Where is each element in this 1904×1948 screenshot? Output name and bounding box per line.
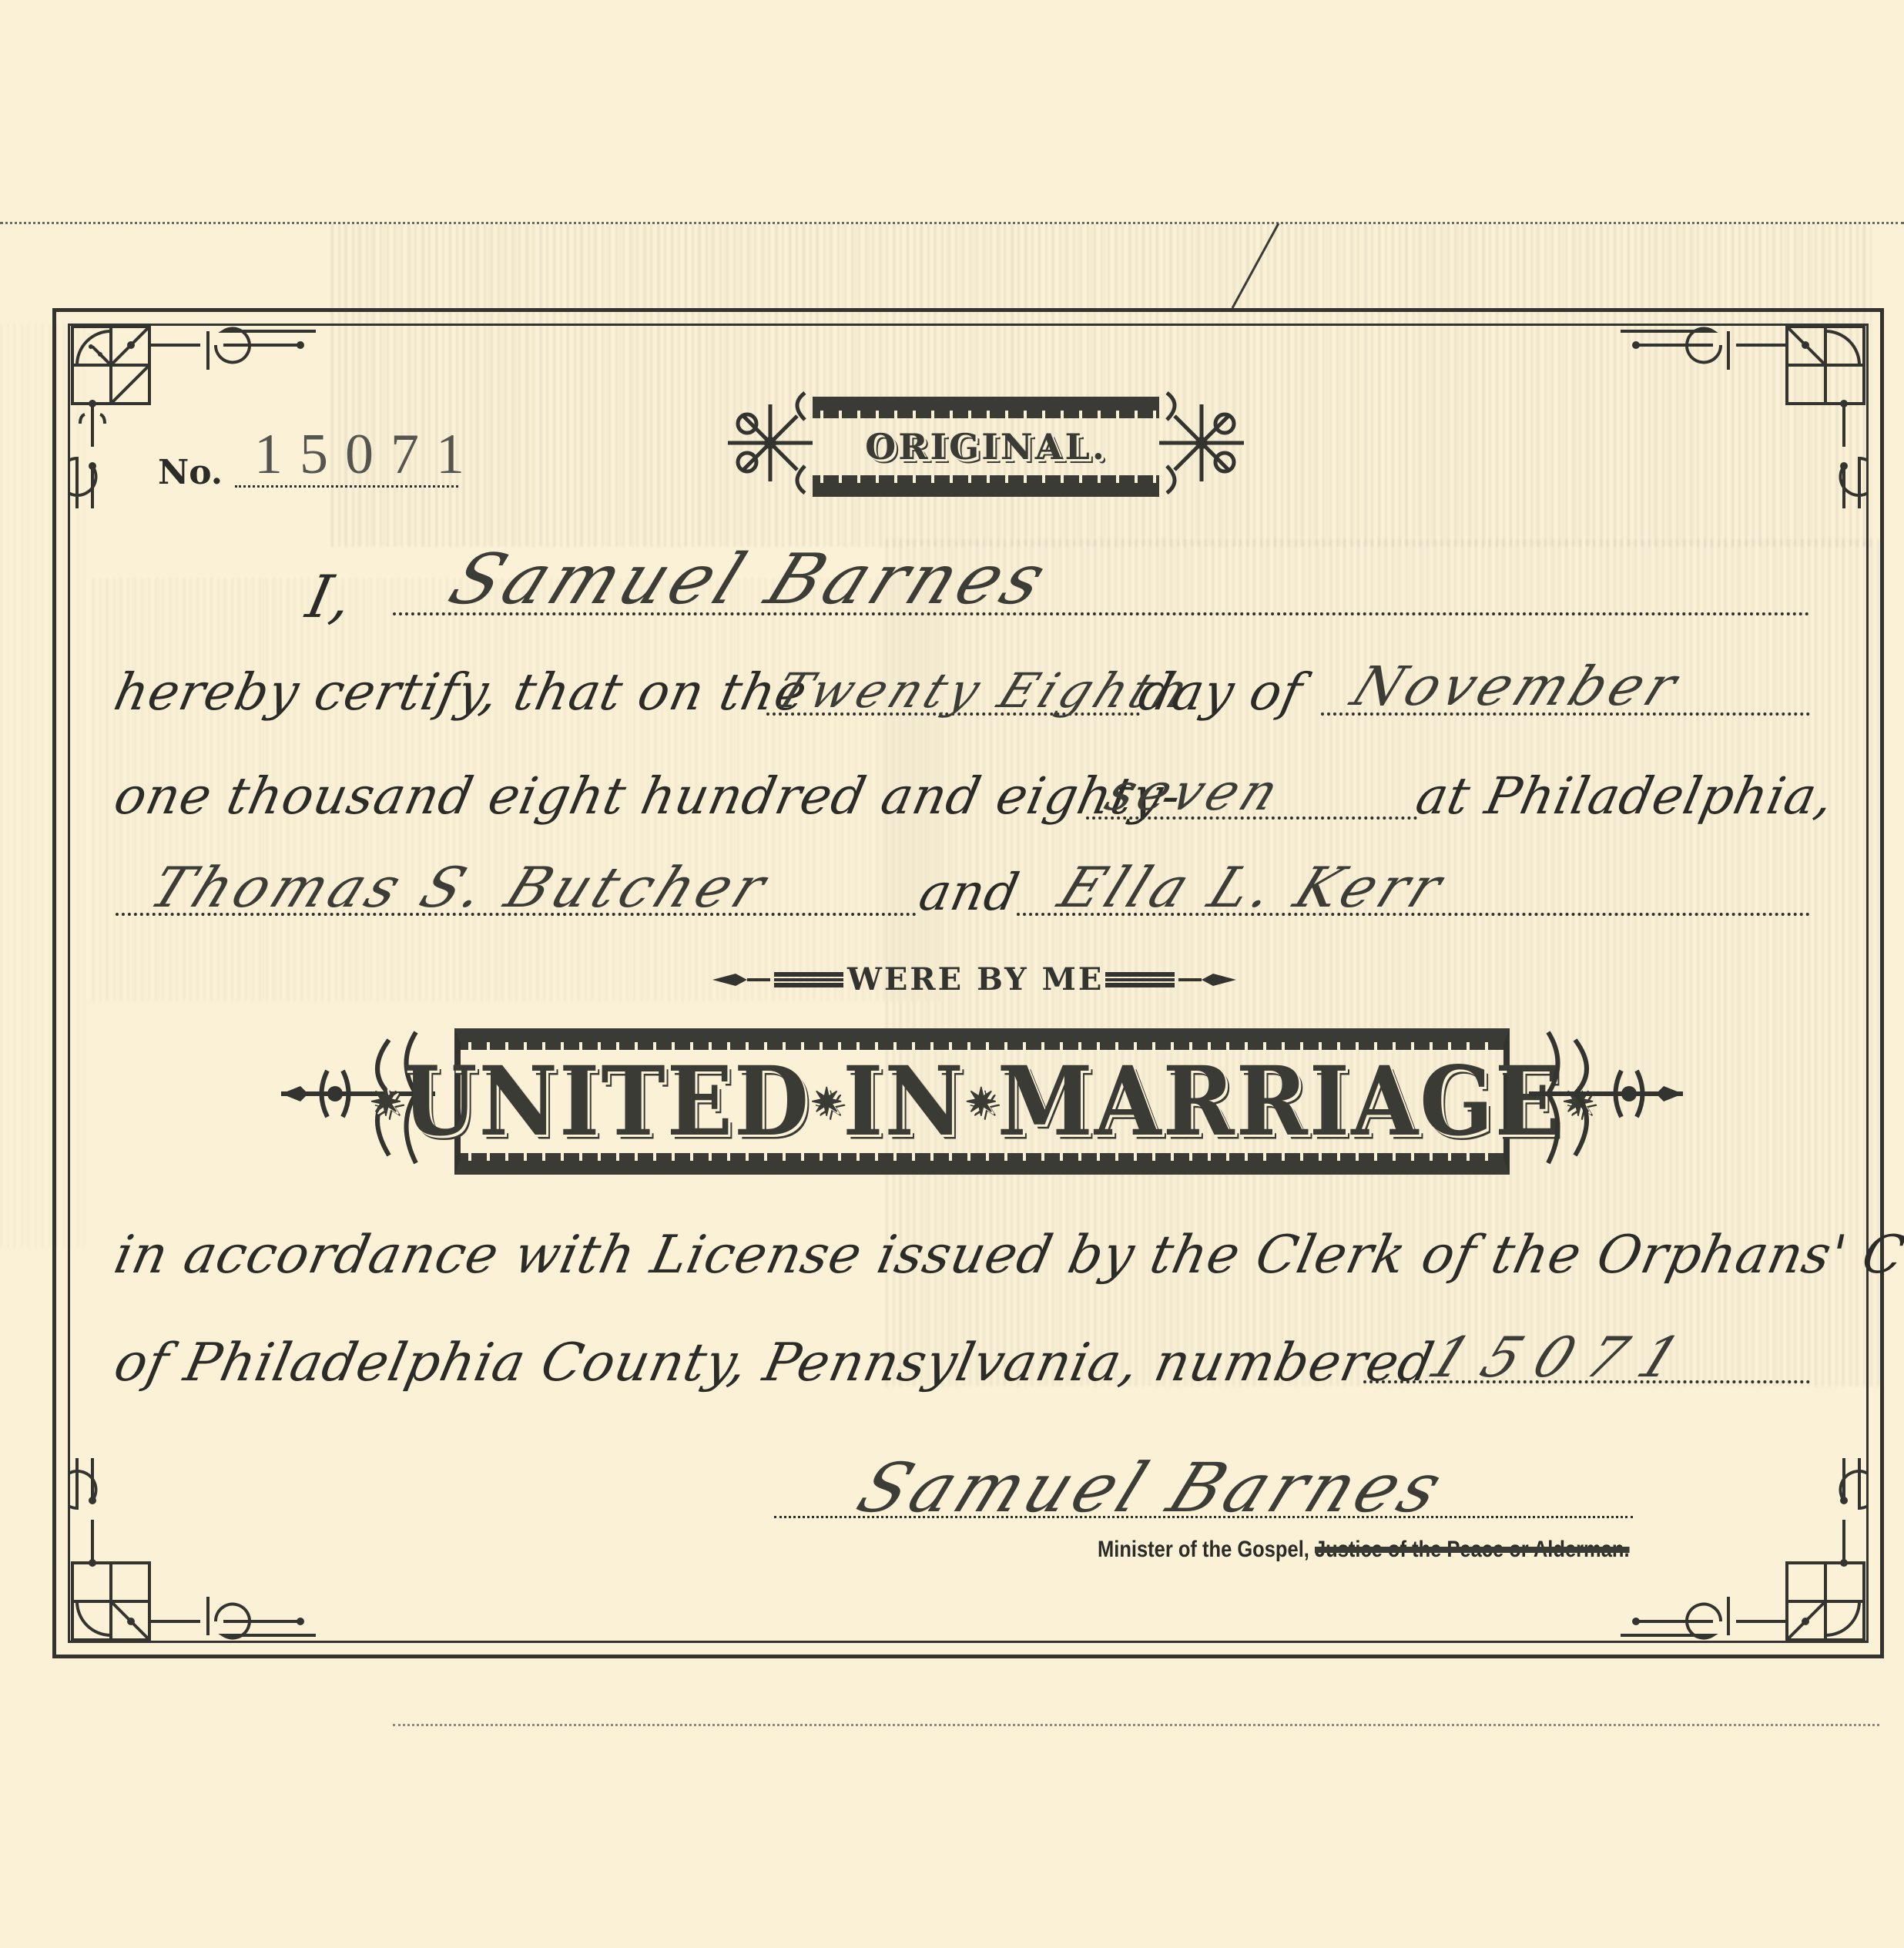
line6-prefix: of Philadelphia County, Pennsylvania, nu…: [109, 1333, 1440, 1393]
line3-suffix: at Philadelphia,: [1411, 766, 1839, 826]
scroll-flourish-left-icon: [720, 389, 820, 497]
fold-crease: [1225, 216, 1294, 316]
star-icon: ✷: [810, 1079, 843, 1125]
line2-mid: day of: [1134, 662, 1308, 722]
corner-ornament-bottom-left-icon: [69, 1458, 316, 1643]
year-value: seven: [1097, 763, 1292, 822]
united-in-marriage-banner: ✷ UNITED ✷ IN ✷ MARRIAGE ✷: [454, 1028, 1510, 1175]
signature: Samuel Barnes: [846, 1448, 1458, 1527]
license-number: 15071: [1420, 1325, 1707, 1390]
original-banner-text: ORIGINAL.: [865, 426, 1107, 468]
certificate-number-label: No.: [158, 453, 223, 492]
corner-ornament-bottom-right-icon: [1621, 1458, 1867, 1643]
original-banner: ORIGINAL.: [813, 397, 1159, 497]
officiant-title: Minister of the Gospel, Justice of the P…: [1098, 1537, 1630, 1563]
line2-prefix: hereby certify, that on the: [109, 662, 813, 722]
line4-mid: and: [914, 863, 1024, 922]
corner-ornament-top-right-icon: [1621, 324, 1867, 508]
star-icon: ✷: [370, 1079, 402, 1125]
certificate-number-stamp: 15071: [254, 422, 481, 488]
officiant-title-kept: Minister of the Gospel,: [1098, 1537, 1309, 1562]
banner-word-in: IN: [843, 1046, 965, 1157]
license-clause: in accordance with License issued by the…: [109, 1225, 1904, 1286]
perforation-bottom: [393, 1724, 1879, 1726]
officiant-name: Samuel Barnes: [438, 539, 1062, 620]
month-value: November: [1343, 655, 1691, 718]
bride-name: Ella L. Kerr: [1050, 855, 1456, 920]
groom-name: Thomas S. Butcher: [141, 855, 779, 920]
banner-word-united: UNITED: [402, 1046, 810, 1157]
were-by-me-text: WERE BY ME: [847, 961, 1104, 997]
banner-word-marriage: MARRIAGE: [997, 1046, 1562, 1157]
fleur-ornament-right-icon: [1506, 1024, 1683, 1179]
officiant-title-struck: Justice of the Peace or Alderman.: [1315, 1537, 1630, 1562]
star-icon: ✷: [965, 1079, 997, 1125]
arrow-ornament-left-icon: [712, 964, 847, 995]
line3-prefix: one thousand eight hundred and eighty-: [109, 766, 1187, 826]
perforation-top: [0, 222, 1904, 224]
scroll-flourish-right-icon: [1151, 389, 1252, 497]
arrow-ornament-right-icon: [1101, 964, 1236, 995]
